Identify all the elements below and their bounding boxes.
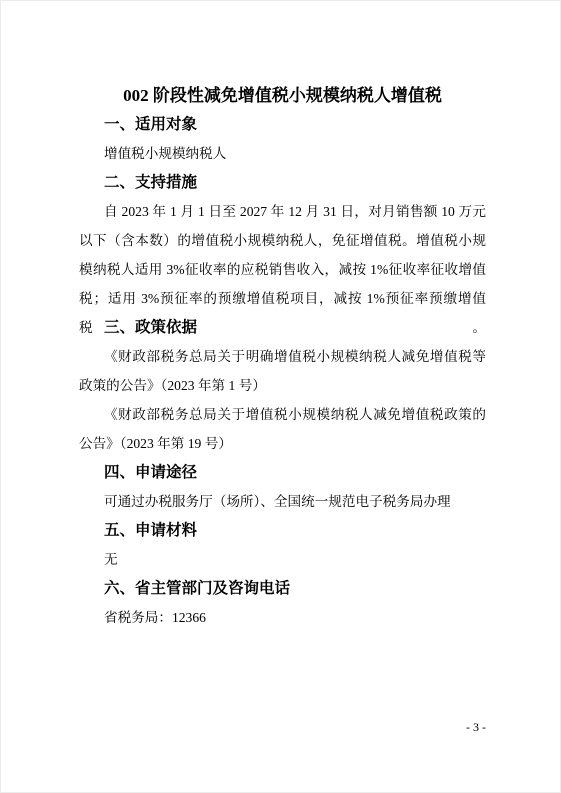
paragraph-line: 可通过办税服务厅（场所）、全国统一规范电子税务局办理 — [79, 487, 486, 516]
paragraph-line: 政策的公告》（2023 年第 1 号） — [79, 371, 486, 400]
paragraph-line: 《财政部税务总局关于增值税小规模纳税人减免增值税政策的 — [79, 400, 486, 429]
section-heading-department-phone: 六、省主管部门及咨询电话 — [79, 574, 486, 603]
paragraph-line: 增值税小规模纳税人 — [79, 139, 486, 168]
page-number: - 3 - — [79, 719, 486, 735]
section-heading-application-materials: 五、申请材料 — [79, 516, 486, 545]
paragraph-line: 省税务局：12366 — [79, 603, 486, 632]
paragraph-line: 以下（含本数）的增值税小规模纳税人，免征增值税。增值税小规 — [79, 226, 486, 255]
section-heading-support-measures: 二、支持措施 — [79, 168, 486, 197]
paragraph-line: 《财政部税务总局关于明确增值税小规模纳税人减免增值税等 — [79, 342, 486, 371]
paragraph-line: 无 — [79, 545, 486, 574]
section-heading-application-channel: 四、申请途径 — [79, 458, 486, 487]
paragraph-line: 公告》（2023 年第 19 号） — [79, 429, 486, 458]
document-page: 002 阶段性减免增值税小规模纳税人增值税 一、适用对象 增值税小规模纳税人 二… — [0, 0, 561, 793]
document-title: 002 阶段性减免增值税小规模纳税人增值税 — [79, 81, 486, 110]
document-body: 002 阶段性减免增值税小规模纳税人增值税 一、适用对象 增值税小规模纳税人 二… — [79, 81, 486, 632]
paragraph-line: 模纳税人适用 3%征收率的应税销售收入，减按 1%征收率征收增值 — [79, 255, 486, 284]
paragraph-line: 自 2023 年 1 月 1 日至 2027 年 12 月 31 日，对月销售额… — [79, 197, 486, 226]
paragraph-line: 税；适用 3%预征率的预缴增值税项目，减按 1%预征率预缴增值税。 — [79, 284, 486, 313]
section-heading-applicable-targets: 一、适用对象 — [79, 110, 486, 139]
